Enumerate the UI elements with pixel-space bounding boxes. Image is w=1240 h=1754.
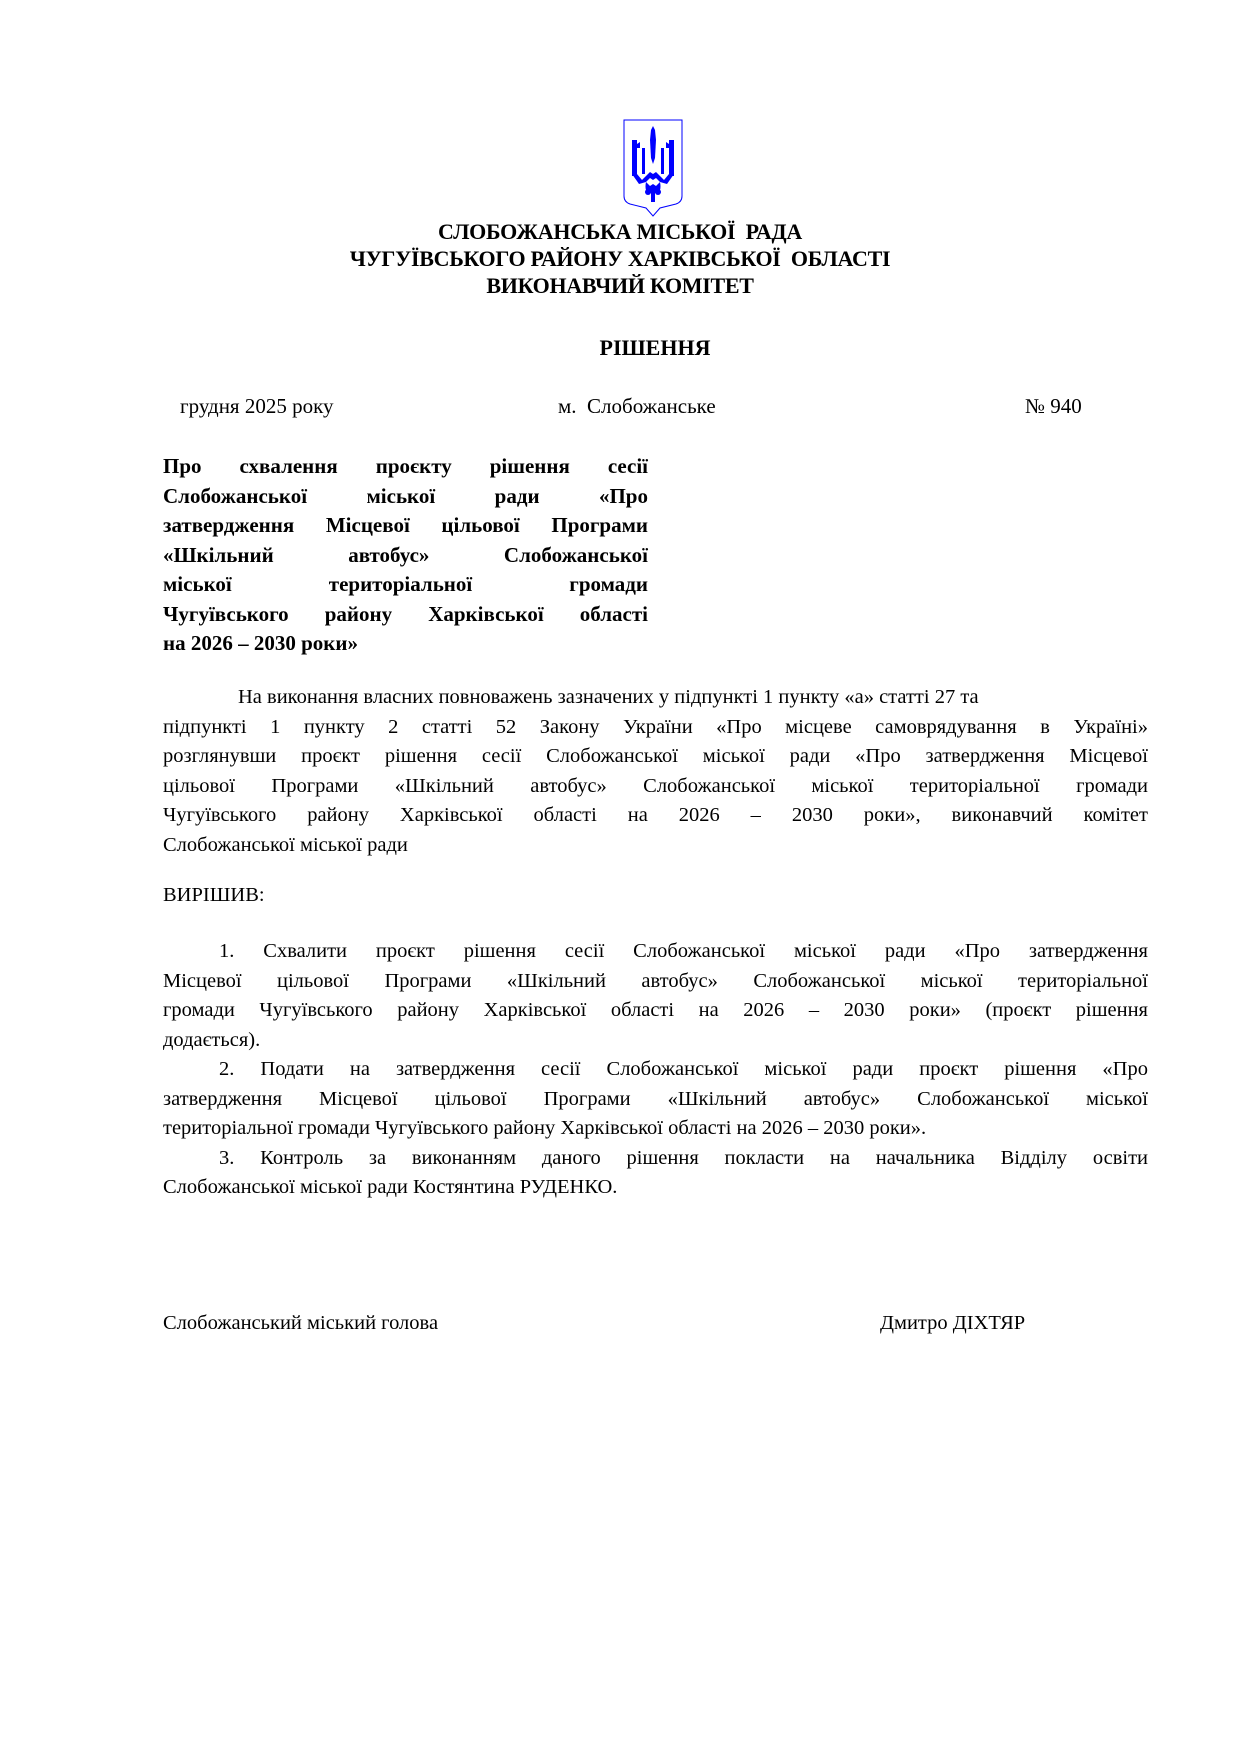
preamble-line: цільової Програми «Шкільний автобус» Сло… <box>163 772 1148 802</box>
preamble-paragraph: На виконання власних повноважень зазначе… <box>163 683 1148 860</box>
item-line: 1. Схвалити проєкт рішення сесії Слобожа… <box>163 937 1148 967</box>
org-body: ВИКОНАВЧИЙ КОМІТЕТ <box>0 272 1240 299</box>
organization-header: СЛОБОЖАНСЬКА МІСЬКОЇ РАДА ЧУГУЇВСЬКОГО Р… <box>0 218 1240 299</box>
org-region: ЧУГУЇВСЬКОГО РАЙОНУ ХАРКІВСЬКОЇ ОБЛАСТІ <box>0 245 1240 272</box>
resolution-items: 1. Схвалити проєкт рішення сесії Слобожа… <box>163 937 1148 1203</box>
item-line: Слобожанської міської ради Костянтина РУ… <box>163 1173 1148 1203</box>
document-city: м. Слобожанське <box>558 393 716 419</box>
item-line: 3. Контроль за виконанням даного рішення… <box>163 1144 1148 1174</box>
document-number: № 940 <box>1025 393 1082 419</box>
preamble-line: На виконання власних повноважень зазначе… <box>163 683 1148 713</box>
document-type-title: РІШЕННЯ <box>0 335 1240 361</box>
document-page: СЛОБОЖАНСЬКА МІСЬКОЇ РАДА ЧУГУЇВСЬКОГО Р… <box>0 0 1240 1754</box>
preamble-line: підпункті 1 пункту 2 статті 52 Закону Ук… <box>163 713 1148 743</box>
ukraine-coat-of-arms-icon <box>622 118 684 218</box>
document-meta: грудня 2025 року м. Слобожанське № 940 <box>0 393 1240 423</box>
preamble-line: Слобожанської міської ради <box>163 831 1148 861</box>
subject-line: «Шкільний автобус» Слобожанської <box>163 541 648 571</box>
resolution-item-3: 3. Контроль за виконанням даного рішення… <box>163 1144 1148 1203</box>
subject-line: міської територіальної громади <box>163 570 648 600</box>
item-line: затвердження Місцевої цільової Програми … <box>163 1085 1148 1115</box>
item-line: Місцевої цільової Програми «Шкільний авт… <box>163 967 1148 997</box>
item-line: додається). <box>163 1026 1148 1056</box>
item-line: територіальної громади Чугуївського райо… <box>163 1114 1148 1144</box>
subject-line: затвердження Місцевої цільової Програми <box>163 511 648 541</box>
document-date: грудня 2025 року <box>180 393 334 419</box>
subject-line: Чугуївського району Харківської області <box>163 600 648 630</box>
decision-subject: Про схвалення проєкту рішення сесії Слоб… <box>163 452 648 659</box>
resolution-item-1: 1. Схвалити проєкт рішення сесії Слобожа… <box>163 937 1148 1055</box>
signatory-name: Дмитро ДІХТЯР <box>880 1310 1025 1336</box>
subject-line: Слобожанської міської ради «Про <box>163 482 648 512</box>
signatory-title: Слобожанський міський голова <box>163 1310 438 1336</box>
item-line: громади Чугуївського району Харківської … <box>163 996 1148 1026</box>
subject-line: на 2026 – 2030 роки» <box>163 629 648 659</box>
subject-line: Про схвалення проєкту рішення сесії <box>163 452 648 482</box>
preamble-line: розглянувши проєкт рішення сесії Слобожа… <box>163 742 1148 772</box>
item-line: 2. Подати на затвердження сесії Слобожан… <box>163 1055 1148 1085</box>
resolved-label: ВИРІШИВ: <box>163 882 265 908</box>
org-name: СЛОБОЖАНСЬКА МІСЬКОЇ РАДА <box>0 218 1240 245</box>
preamble-line: Чугуївського району Харківської області … <box>163 801 1148 831</box>
resolution-item-2: 2. Подати на затвердження сесії Слобожан… <box>163 1055 1148 1144</box>
